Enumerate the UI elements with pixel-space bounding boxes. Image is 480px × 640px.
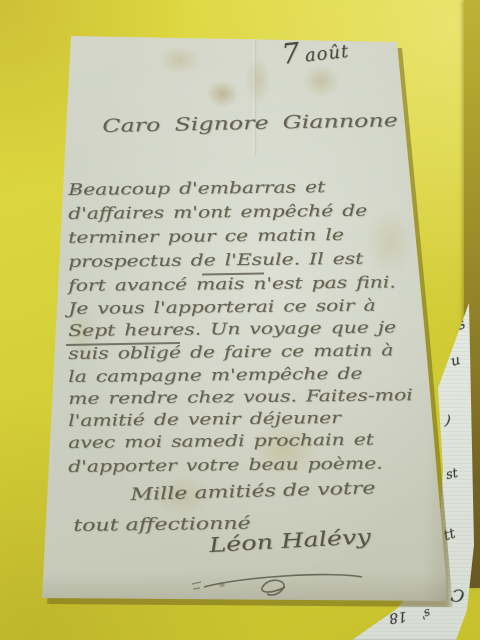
letter-paper: 7 août Caro Signore Giannone Beaucoup d'… — [40, 30, 446, 606]
ink-fragment: s' — [419, 606, 433, 622]
letter-line-10: me rendre chez vous. Faites-moi — [68, 385, 413, 408]
letter-line-4: prospectus de l'Esule. Il est — [68, 249, 363, 271]
letter-line-7: Sept heures. Un voyage que je — [68, 317, 396, 340]
letter-line-3: terminer pour ce matin le — [68, 225, 344, 247]
paper-stain — [240, 45, 276, 115]
letter-line-2: d'affaires m'ont empêché de — [68, 201, 367, 223]
letter-line-1: Beaucoup d'embarras et — [68, 177, 325, 199]
paper-stain — [150, 40, 210, 80]
letter-date-day: 7 — [280, 36, 301, 71]
letter-line-13: d'apporter votre beau poème. — [68, 454, 383, 476]
letter-line-9: la campagne m'empêche de — [68, 364, 363, 386]
letter-salutation: Caro Signore Giannone — [102, 110, 398, 137]
letter-date-month: août — [304, 41, 350, 67]
letter-line-6: Je vous l'apporterai ce soir à — [68, 296, 376, 318]
ink-fragment: st — [445, 466, 460, 483]
letter-line-5: fort avancé mais n'est pas fini. — [68, 272, 396, 295]
ink-fragment: u — [449, 352, 462, 370]
ink-fragment: Ɔ — [449, 586, 465, 608]
letter-line-12: avec moi samedi prochain et — [68, 430, 374, 452]
photo-scene: s u ) st tt Ɔ 18 s' 7 août Caro Signore … — [0, 0, 480, 640]
letter-line-11: l'amitié de venir déjeuner — [68, 408, 341, 430]
paper-stain — [200, 75, 245, 113]
signature-flourish — [190, 567, 370, 597]
fold-crease — [253, 35, 256, 157]
ink-fragment: ) — [444, 413, 452, 430]
